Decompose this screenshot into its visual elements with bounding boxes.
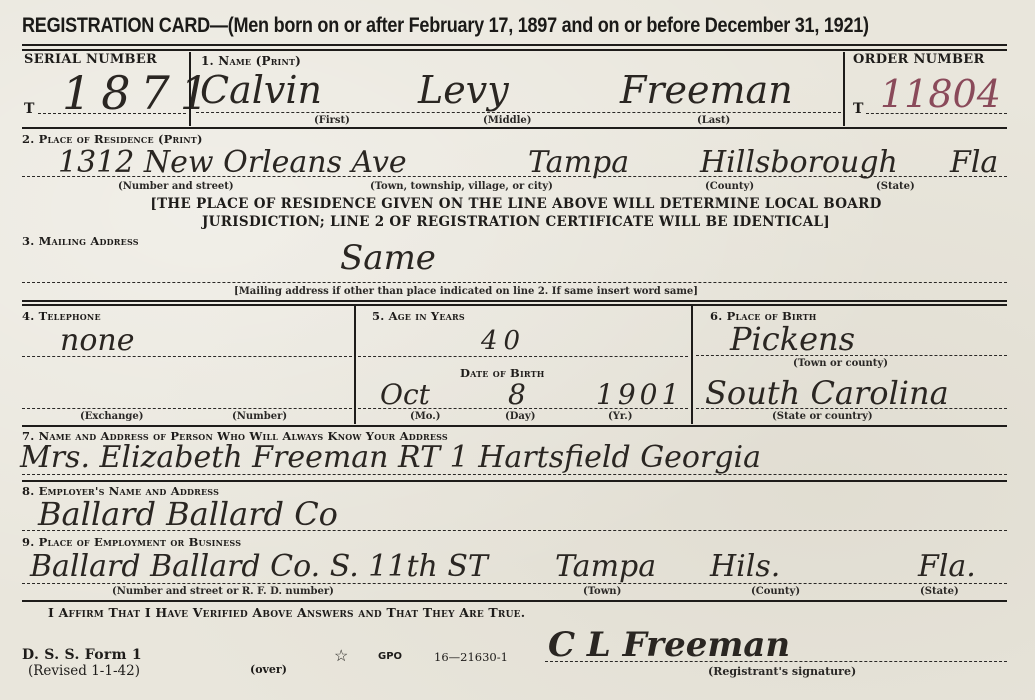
mailing-label: 3. Mailing Address — [22, 234, 139, 248]
over-note: (over) — [250, 663, 287, 676]
employment-state: Fla. — [918, 549, 976, 584]
residence-state: Fla — [950, 145, 998, 180]
name-last-caption: (Last) — [697, 115, 730, 126]
telephone-number-caption: (Number) — [232, 411, 287, 422]
telephone-label: 4. Telephone — [22, 309, 101, 323]
age-value: 40 — [481, 326, 526, 356]
form-name: D. S. S. Form 1 — [22, 647, 142, 663]
dob-month: Oct — [380, 378, 430, 411]
row3-bottom-rule-2 — [22, 304, 1007, 306]
name-first-caption: (First) — [314, 115, 350, 126]
form-revised: (Revised 1-1-42) — [28, 663, 140, 679]
employment-street: Ballard Ballard Co. S. 11th ST — [30, 549, 488, 584]
residence-notice-1: [THE PLACE OF RESIDENCE GIVEN ON THE LIN… — [88, 196, 944, 212]
residence-street-caption: (Number and street) — [118, 181, 234, 192]
signature-line — [545, 661, 1007, 662]
dob-year: 1901 — [596, 378, 683, 411]
residence-county-caption: (County) — [705, 181, 754, 192]
employment-town-caption: (Town) — [583, 586, 621, 597]
birthplace-divider — [691, 306, 693, 424]
age-label: 5. Age in Years — [372, 309, 465, 323]
row1-bottom-rule — [22, 127, 1007, 129]
birthplace-town-caption: (Town or county) — [793, 358, 888, 369]
mailing-line — [22, 282, 1007, 283]
row9-bottom-rule — [22, 600, 1007, 602]
dob-day-caption: (Day) — [505, 411, 535, 422]
name-line — [196, 112, 841, 113]
signature-caption: (Registrant's signature) — [708, 665, 856, 678]
dob-month-caption: (Mo.) — [410, 411, 441, 422]
employment-state-caption: (State) — [920, 586, 959, 597]
serial-prefix: T — [24, 101, 35, 117]
order-divider — [843, 52, 845, 126]
row3-bottom-rule — [22, 300, 1007, 302]
residence-town-caption: (Town, township, village, or city) — [370, 181, 553, 192]
order-number-value: 11804 — [880, 72, 1001, 116]
birthplace-state-caption: (State or country) — [772, 411, 873, 422]
dob-year-caption: (Yr.) — [608, 411, 632, 422]
star-icon: ☆ — [334, 646, 348, 665]
residence-town: Tampa — [528, 145, 629, 180]
name-middle-caption: (Middle) — [483, 115, 531, 126]
dob-day: 8 — [508, 378, 526, 411]
telephone-line-1 — [22, 356, 352, 357]
birthplace-state: South Carolina — [705, 374, 949, 412]
mailing-value: Same — [340, 238, 436, 278]
age-divider — [354, 306, 356, 424]
order-prefix: T — [853, 101, 864, 117]
name-last: Freeman — [620, 68, 793, 112]
dob-label: Date of Birth — [460, 366, 545, 380]
registrant-signature: C L Freeman — [548, 625, 790, 665]
serial-divider — [189, 52, 191, 126]
birthplace-state-line — [696, 408, 1007, 409]
dob-line — [358, 408, 688, 409]
top-rule — [22, 44, 1007, 46]
affirmation-text: I Affirm That I Have Verified Above Answ… — [48, 605, 525, 620]
contact-person-value: Mrs. Elizabeth Freeman RT 1 Hartsfield G… — [20, 440, 761, 475]
employment-town: Tampa — [555, 549, 656, 584]
residence-street: 1312 New Orleans Ave — [58, 145, 407, 180]
employment-line — [22, 583, 1007, 584]
residence-notice-2: JURISDICTION; LINE 2 OF REGISTRATION CER… — [88, 214, 944, 230]
card-title: REGISTRATION CARD—(Men born on or after … — [22, 14, 869, 38]
employment-place-label: 9. Place of Employment or Business — [22, 535, 241, 549]
name-first: Calvin — [200, 68, 322, 112]
mailing-caption: [Mailing address if other than place ind… — [234, 286, 698, 297]
residence-county: Hillsborough — [700, 145, 898, 180]
residence-state-caption: (State) — [876, 181, 915, 192]
contact-person-line — [22, 474, 1007, 475]
gpo-label: GPO — [378, 651, 402, 662]
name-label: 1. Name (Print) — [201, 54, 301, 68]
serial-number-label: SERIAL NUMBER — [24, 52, 157, 67]
birthplace-town-line — [696, 355, 1007, 356]
employment-county-caption: (County) — [751, 586, 800, 597]
residence-label: 2. Place of Residence (Print) — [22, 132, 203, 146]
birthplace-town: Pickens — [730, 320, 855, 358]
employment-county: Hils. — [710, 549, 780, 584]
telephone-exchange-caption: (Exchange) — [80, 411, 144, 422]
employer-line — [22, 530, 1007, 531]
employment-street-caption: (Number and street or R. F. D. number) — [112, 586, 334, 597]
row6-bottom-rule — [22, 425, 1007, 427]
order-number-label: ORDER NUMBER — [853, 52, 985, 67]
top-rule-2 — [22, 49, 1007, 51]
employer-value: Ballard Ballard Co — [38, 495, 338, 533]
row7-bottom-rule — [22, 480, 1007, 482]
age-line — [358, 356, 688, 357]
telephone-line-2 — [22, 408, 352, 409]
telephone-value: none — [60, 323, 134, 358]
name-middle: Levy — [418, 68, 509, 112]
gpo-number: 16—21630-1 — [434, 650, 508, 664]
